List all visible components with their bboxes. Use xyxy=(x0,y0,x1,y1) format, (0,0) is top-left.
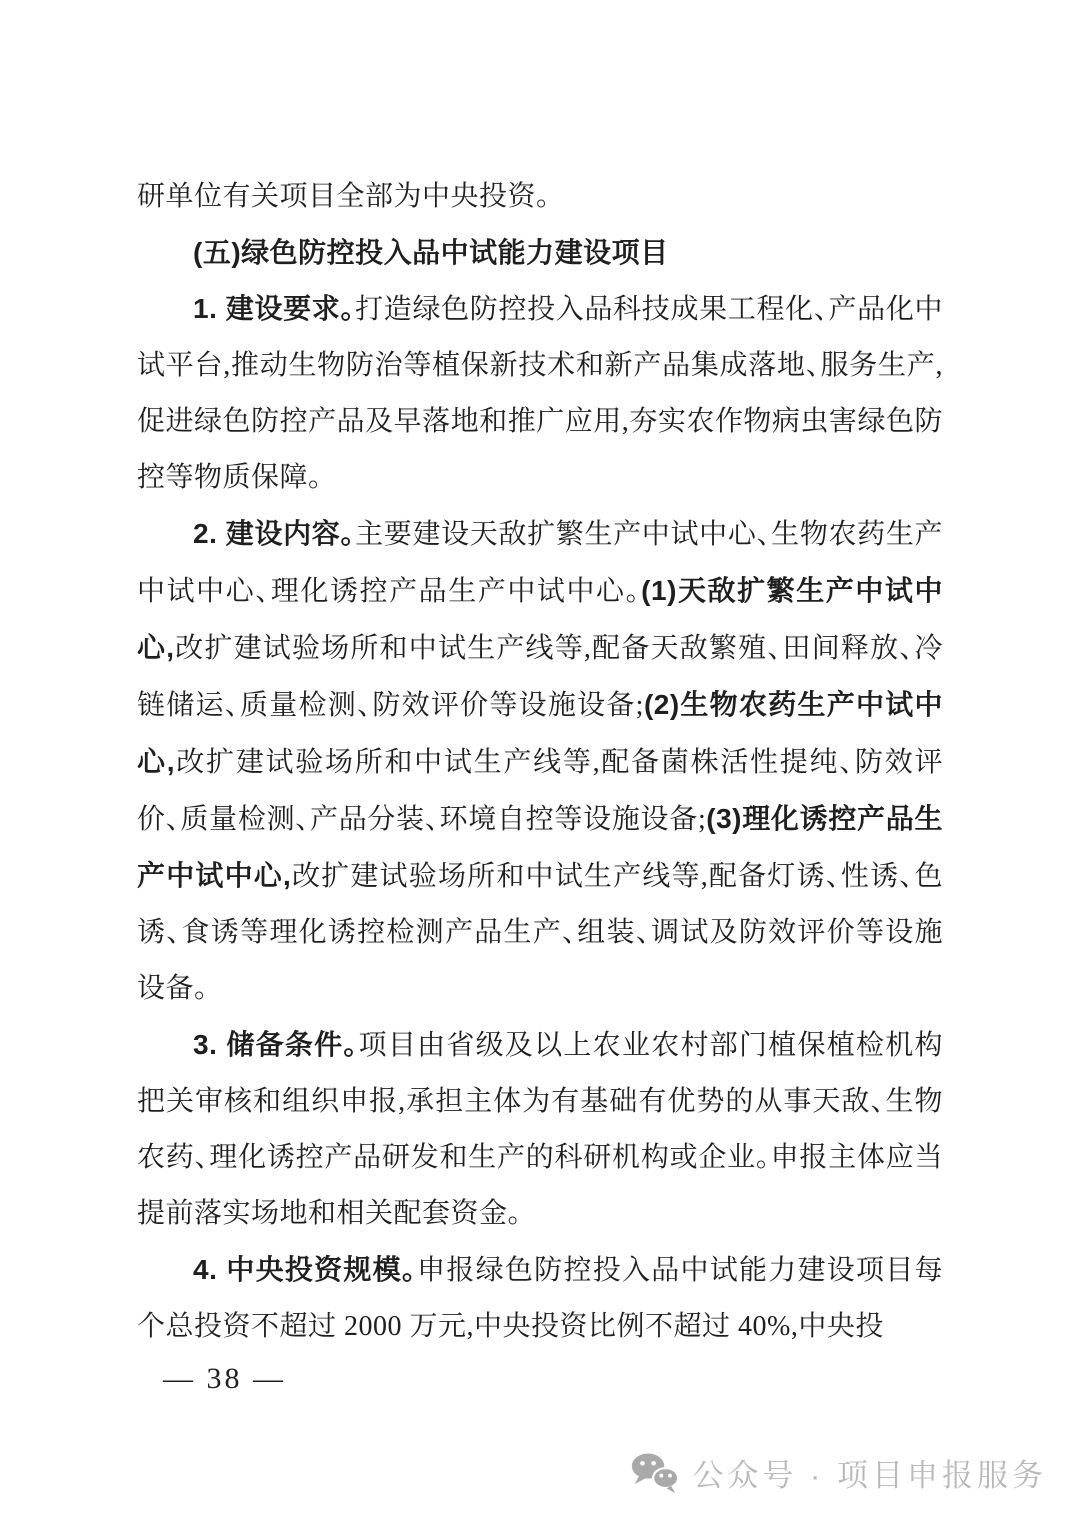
section-heading: (五)绿色防控投入品中试能力建设项目 xyxy=(137,225,943,281)
paragraph-continuation: 研单位有关项目全部为中央投资。 xyxy=(137,169,943,225)
wechat-icon xyxy=(630,1451,680,1495)
paragraph: 3. 储备条件。项目由省级及以上农业农村部门植保植检机构把关审核和组织申报,承担… xyxy=(137,1017,943,1242)
text-run-bold: 1. 建设要求。 xyxy=(193,293,355,324)
text-run-bold: 4. 中央投资规模。 xyxy=(193,1254,417,1285)
page-number: — 38 — xyxy=(163,1362,286,1396)
paragraph: 2. 建设内容。主要建设天敌扩繁生产中试中心、生物农药生产中试中心、理化诱控产品… xyxy=(137,506,943,1017)
paragraph: 1. 建设要求。打造绿色防控投入品科技成果工程化、产品化中试平台,推动生物防治等… xyxy=(137,281,943,506)
text-run-bold: 3. 储备条件。 xyxy=(193,1029,359,1060)
document-page: 研单位有关项目全部为中央投资。 (五)绿色防控投入品中试能力建设项目 1. 建设… xyxy=(0,0,1080,1527)
paragraph: 4. 中央投资规模。申报绿色防控投入品中试能力建设项目每个总投资不超过 2000… xyxy=(137,1242,943,1355)
wechat-watermark: 公众号 · 项目申报服务 xyxy=(630,1450,1047,1495)
paragraph-list: 1. 建设要求。打造绿色防控投入品科技成果工程化、产品化中试平台,推动生物防治等… xyxy=(137,281,943,1355)
text-run-bold: 2. 建设内容。 xyxy=(193,518,355,549)
watermark-label: 公众号 · 项目申报服务 xyxy=(692,1450,1047,1495)
document-body: 研单位有关项目全部为中央投资。 (五)绿色防控投入品中试能力建设项目 1. 建设… xyxy=(137,169,943,1355)
